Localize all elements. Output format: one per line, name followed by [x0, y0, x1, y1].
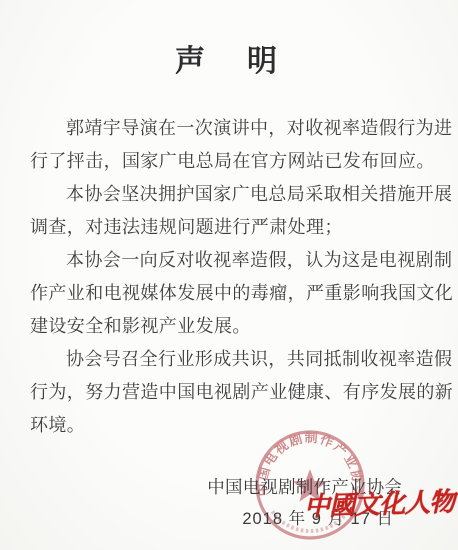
- paragraph-line: 行了抨击，国家广电总局在官方网站已发布回应。: [30, 145, 440, 178]
- paragraph-line: 建设安全和影视产业发展。: [30, 310, 440, 343]
- paragraph-line: 环境。: [30, 409, 440, 442]
- paragraph-line: 本协会一向反对收视率造假，认为这是电视剧制: [30, 244, 440, 277]
- paragraph-line: 郭靖宇导演在一次演讲中，对收视率造假行为进: [30, 112, 440, 145]
- paragraph-1: 郭靖宇导演在一次演讲中，对收视率造假行为进 行了抨击，国家广电总局在官方网站已发…: [30, 112, 440, 178]
- watermark-china-culture-figures: 中國文化人物: [303, 481, 454, 523]
- paragraph-line: 协会号召全行业形成共识，共同抵制收视率造假: [30, 343, 440, 376]
- paragraph-3: 本协会一向反对收视率造假，认为这是电视剧制 作产业和电视媒体发展中的毒瘤，严重影…: [30, 244, 440, 343]
- paragraph-2: 本协会坚决拥护国家广电总局采取相关措施开展 调查，对违法违规问题进行严肃处理；: [30, 178, 440, 244]
- statement-title: 声 明: [0, 36, 458, 80]
- paragraph-line: 本协会坚决拥护国家广电总局采取相关措施开展: [30, 178, 440, 211]
- statement-body: 郭靖宇导演在一次演讲中，对收视率造假行为进 行了抨击，国家广电总局在官方网站已发…: [30, 112, 440, 442]
- paragraph-line: 作产业和电视媒体发展中的毒瘤，严重影响我国文化: [30, 277, 440, 310]
- paragraph-line: 调查，对违法违规问题进行严肃处理；: [30, 211, 440, 244]
- paragraph-line: 行为，努力营造中国电视剧产业健康、有序发展的新: [30, 376, 440, 409]
- paragraph-4: 协会号召全行业形成共识，共同抵制收视率造假 行为，努力营造中国电视剧产业健康、有…: [30, 343, 440, 442]
- statement-document: 声 明 郭靖宇导演在一次演讲中，对收视率造假行为进 行了抨击，国家广电总局在官方…: [0, 0, 458, 550]
